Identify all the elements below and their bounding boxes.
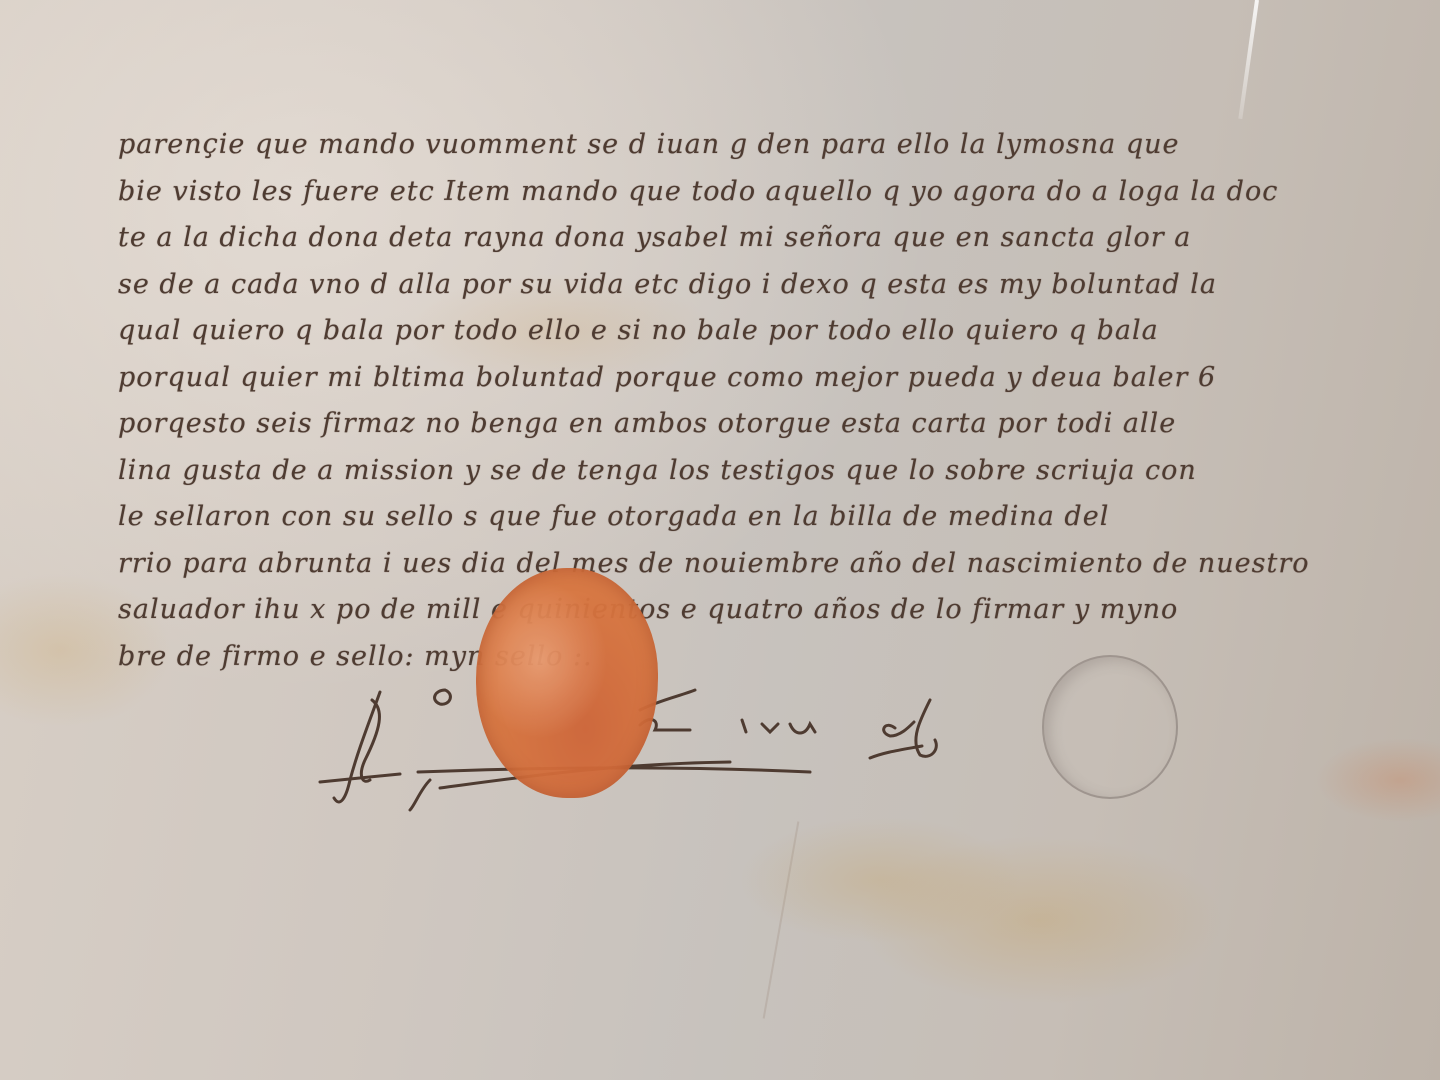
manuscript-line: porqesto seis firmaz no benga en ambos o…	[118, 401, 1308, 448]
manuscript-line: rrio para abrunta i ues dia del mes de n…	[118, 541, 1308, 588]
manuscript-line: parençie que mando vuomment se d iuan g …	[118, 122, 1308, 169]
manuscript-line: se de a cada vno d alla por su vida etc …	[118, 262, 1308, 309]
red-wax-seal	[476, 568, 658, 798]
manuscript-line: saluador ihu x po de mill e quinientos e…	[118, 587, 1308, 634]
manuscript-text: parençie que mando vuomment se d iuan g …	[118, 122, 1308, 680]
faded-seal-imprint	[1042, 655, 1178, 799]
manuscript-line: qual quiero q bala por todo ello e si no…	[118, 308, 1308, 355]
manuscript-line: porqual quier mi bltima boluntad porque …	[118, 355, 1308, 402]
manuscript-line: le sellaron con su sello s que fue otorg…	[118, 494, 1308, 541]
manuscript-line: bie visto les fuere etc Item mando que t…	[118, 169, 1308, 216]
manuscript-line: lina gusta de a mission y se de tenga lo…	[118, 448, 1308, 495]
manuscript-line: te a la dicha dona deta rayna dona ysabe…	[118, 215, 1308, 262]
